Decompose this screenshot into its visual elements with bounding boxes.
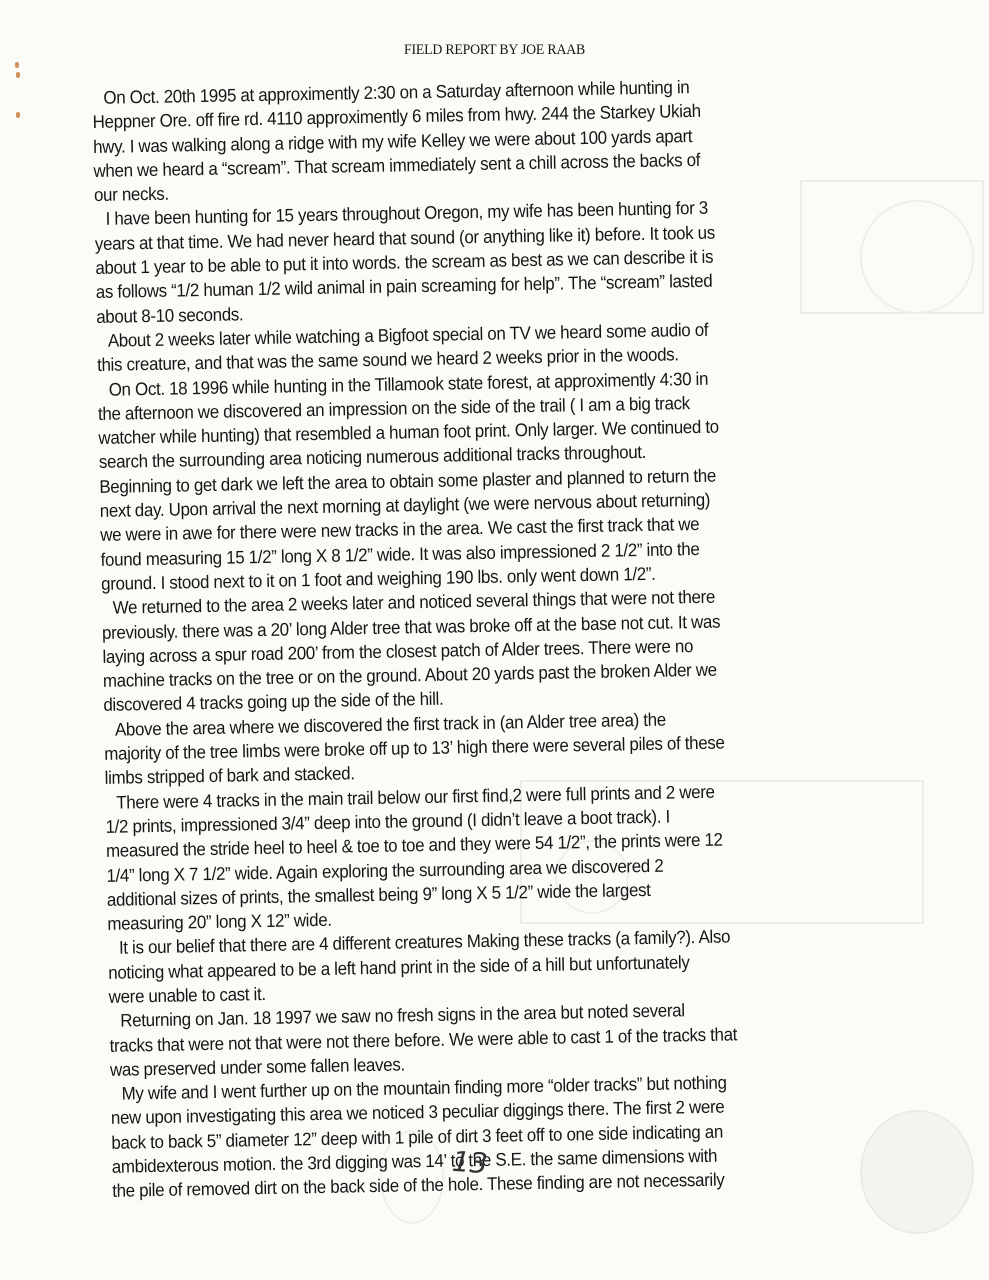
scanned-page: FIELD REPORT BY JOE RAAB On Oct. 20th 19… (0, 0, 989, 1280)
paragraph: On Oct. 20th 1995 at approximently 2:30 … (92, 72, 874, 208)
staple-mark (15, 62, 19, 68)
paragraph: On Oct. 18 1996 while hunting in the Til… (97, 363, 881, 596)
handwritten-page-number: 13 (451, 1145, 489, 1180)
paragraph: There were 4 tracks in the main trail be… (105, 776, 888, 936)
report-body: On Oct. 20th 1995 at approximently 2:30 … (92, 72, 892, 1204)
staple-mark (16, 72, 20, 78)
paragraph: We returned to the area 2 weeks later an… (101, 582, 883, 718)
paragraph: I have been hunting for 15 years through… (94, 193, 876, 329)
staple-mark (16, 112, 20, 118)
document-title: FIELD REPORT BY JOE RAAB (40, 42, 950, 59)
bleed-through-logo (860, 200, 974, 314)
paragraph: My wife and I went further up on the mou… (110, 1068, 892, 1204)
